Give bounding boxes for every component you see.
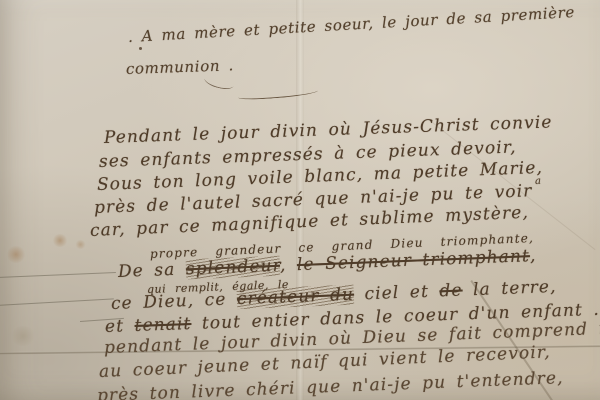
pencil-margin-dash — [0, 272, 116, 278]
poem-text: ciel et — [354, 281, 440, 304]
foxing-stain — [75, 240, 86, 249]
foxing-stain — [10, 326, 36, 346]
struck-word: de — [439, 281, 463, 302]
struck-word: tenait — [134, 314, 192, 336]
struck-word: splendeur — [186, 256, 281, 280]
struck-word: créateur du — [237, 285, 355, 309]
pen-flourish — [203, 73, 235, 92]
dedication-line-1: . A ma mère et petite soeur, le jour de … — [127, 3, 575, 46]
foxing-stain — [52, 234, 68, 247]
poem-text: la terre, — [462, 277, 557, 301]
foxing-stain — [6, 246, 26, 263]
ink-speck — [139, 47, 142, 50]
separator-flourish — [238, 87, 318, 101]
manuscript-photo: . A ma mère et petite soeur, le jour de … — [0, 0, 600, 400]
poem-text: ce Dieu, ce — [111, 289, 238, 314]
poem-text: , — [530, 246, 537, 266]
poem-text: De sa — [118, 259, 187, 282]
insertion-caret-mark: a — [535, 176, 542, 187]
pencil-margin-dash — [0, 298, 114, 306]
poem-text: , — [280, 255, 298, 276]
